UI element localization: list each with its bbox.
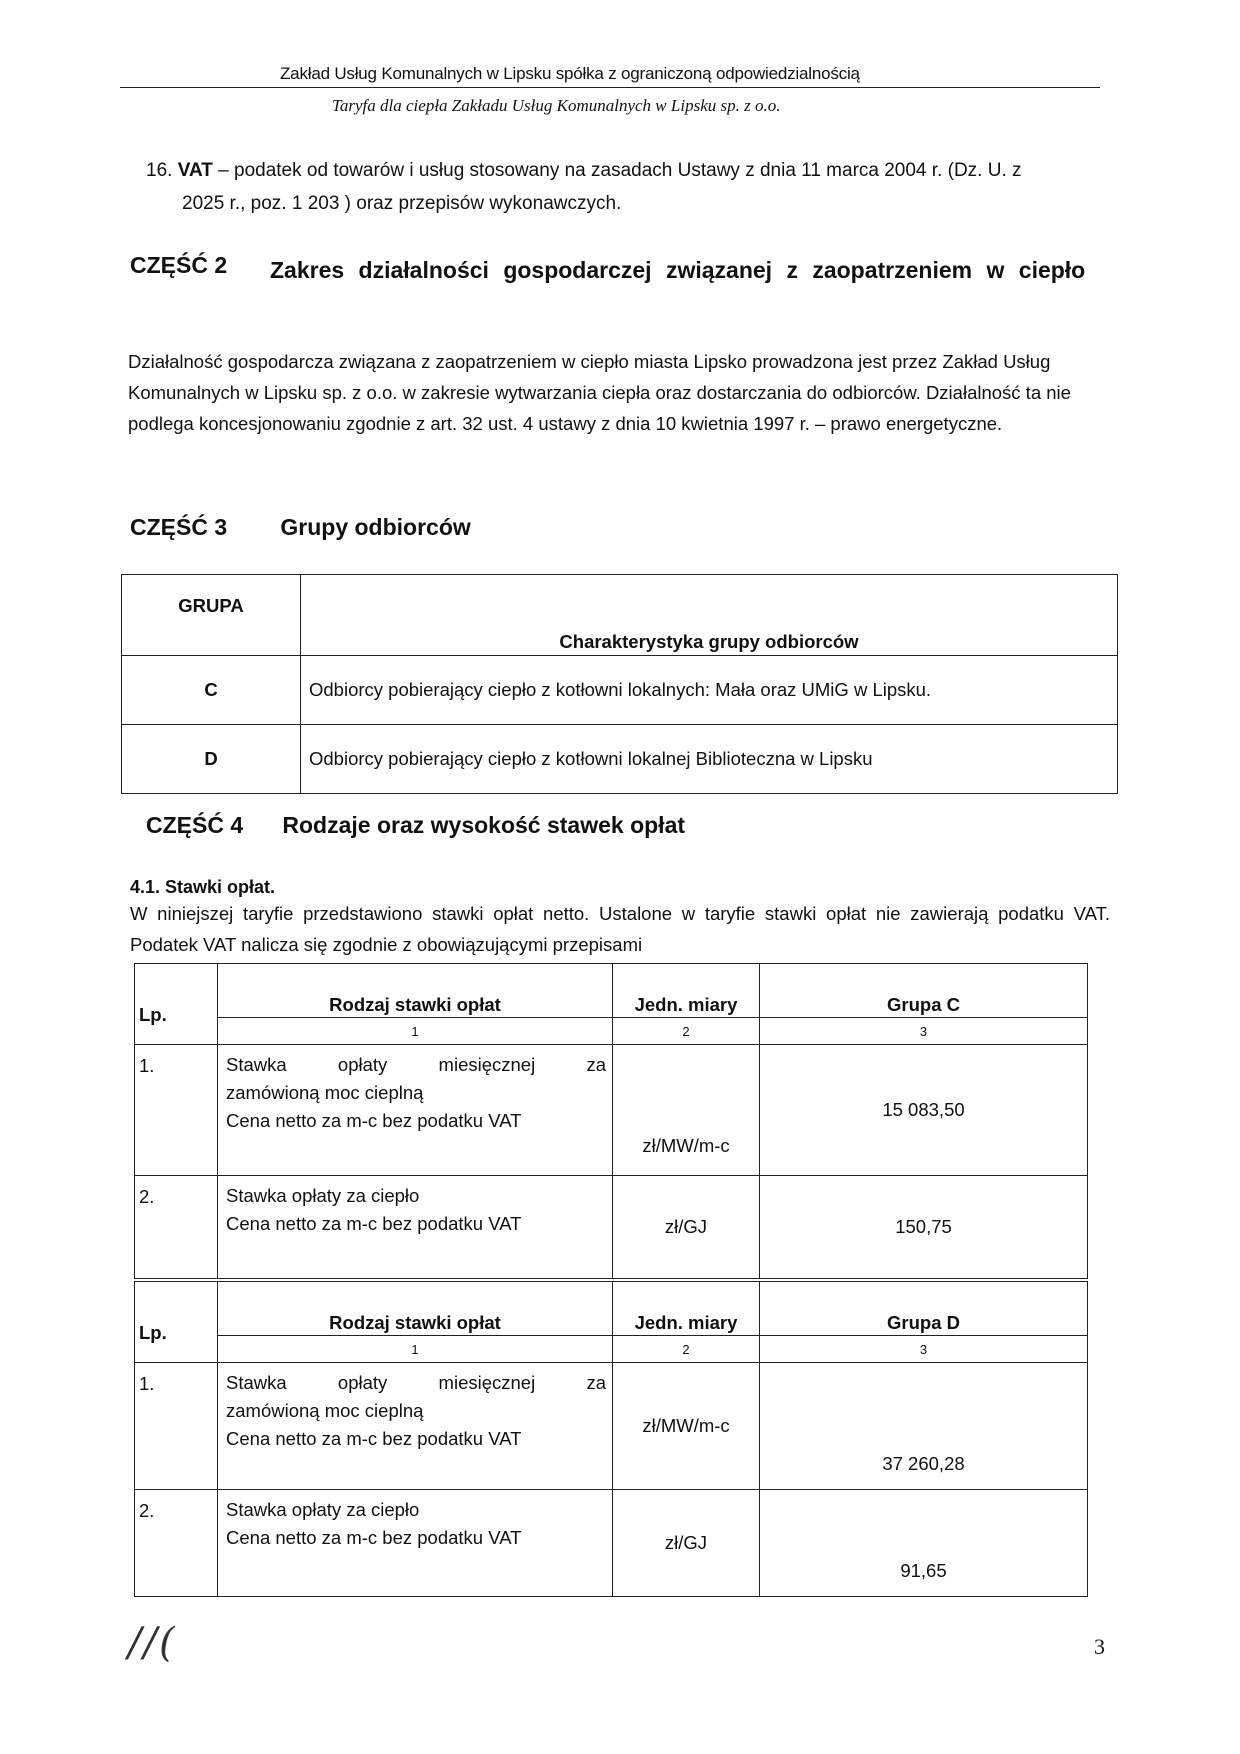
page-number: 3 — [1094, 1634, 1105, 1660]
document-page: Zakład Usług Komunalnych w Lipsku spółka… — [0, 0, 1240, 1754]
item-text-line2: 2025 r., poz. 1 203 ) oraz przepisów wyk… — [146, 187, 1136, 220]
section-2-heading: CZĘŚĆ 2 Zakres działalności gospodarczej… — [130, 252, 1120, 279]
column-header-rate-type: Rodzaj stawki opłat — [218, 1282, 613, 1336]
rate-description-line: Stawka opłaty miesięcznej za — [226, 1051, 606, 1079]
rate-description: Stawka opłaty za ciepło Cena netto za m-… — [218, 1490, 613, 1597]
rate-value: 15 083,50 — [760, 1045, 1088, 1176]
subsection-4-1-heading: 4.1. Stawki opłat. — [130, 877, 275, 898]
column-header-lp: Lp. — [135, 964, 218, 1045]
rate-unit: zł/MW/m-c — [613, 1045, 760, 1176]
table-row: D Odbiorcy pobierający ciepło z kotłowni… — [122, 725, 1118, 794]
column-number: 2 — [613, 1018, 760, 1045]
subsection-4-1-paragraph: W niniejszej taryfie przedstawiono stawk… — [130, 898, 1110, 960]
column-numbers-row: 1 2 3 — [135, 1018, 1088, 1045]
table-header-row: Lp. Rodzaj stawki opłat Jedn. miary Grup… — [135, 1282, 1088, 1336]
table-header-row: GRUPA Charakterystyka grupy odbiorców — [122, 575, 1118, 656]
rate-description: Stawka opłaty za ciepło Cena netto za m-… — [218, 1176, 613, 1279]
column-number: 3 — [760, 1018, 1088, 1045]
column-header-group: Grupa C — [760, 964, 1088, 1018]
column-header-rate-type: Rodzaj stawki opłat — [218, 964, 613, 1018]
rate-unit: zł/GJ — [613, 1176, 760, 1279]
column-header-group: GRUPA — [122, 575, 301, 656]
group-description: Odbiorcy pobierający ciepło z kotłowni l… — [301, 725, 1118, 794]
section-label: CZĘŚĆ 4 — [146, 812, 276, 839]
column-numbers-row: 1 2 3 — [135, 1336, 1088, 1363]
rate-description-line: zamówioną moc cieplną — [226, 1079, 606, 1107]
header-company-name: Zakład Usług Komunalnych w Lipsku spółka… — [280, 64, 940, 84]
header-subtitle: Taryfa dla ciepła Zakładu Usług Komunaln… — [332, 96, 780, 116]
definition-item-16: 16. VAT – podatek od towarów i usług sto… — [146, 154, 1136, 220]
item-keyword: VAT — [178, 160, 213, 181]
column-number: 3 — [760, 1336, 1088, 1363]
row-number: 2. — [135, 1176, 218, 1279]
rate-description-line: Stawka opłaty miesięcznej za — [226, 1369, 606, 1397]
handwritten-initials: //( — [128, 1620, 177, 1666]
rate-description-line: Cena netto za m-c bez podatku VAT — [226, 1524, 606, 1552]
rate-unit: zł/GJ — [613, 1490, 760, 1597]
rate-description-line: Cena netto za m-c bez podatku VAT — [226, 1210, 606, 1238]
rate-description-line: Cena netto za m-c bez podatku VAT — [226, 1107, 606, 1135]
column-header-lp: Lp. — [135, 1282, 218, 1363]
rate-value: 150,75 — [760, 1176, 1088, 1279]
rate-description: Stawka opłaty miesięcznej za zamówioną m… — [218, 1045, 613, 1176]
rate-description-line: zamówioną moc cieplną — [226, 1397, 606, 1425]
table-row: C Odbiorcy pobierający ciepło z kotłowni… — [122, 656, 1118, 725]
rate-description: Stawka opłaty miesięcznej za zamówioną m… — [218, 1363, 613, 1490]
column-header-characteristics: Charakterystyka grupy odbiorców — [301, 575, 1118, 656]
section-label: CZĘŚĆ 2 — [130, 252, 270, 279]
group-code: D — [122, 725, 301, 794]
group-code: C — [122, 656, 301, 725]
row-number: 1. — [135, 1363, 218, 1490]
section-title: Grupy odbiorców — [280, 514, 470, 540]
rate-value: 91,65 — [760, 1490, 1088, 1597]
rate-unit: zł/MW/m-c — [613, 1363, 760, 1490]
section-2-paragraph: Działalność gospodarcza związana z zaopa… — [128, 346, 1118, 439]
rates-table-group-c: Lp. Rodzaj stawki opłat Jedn. miary Grup… — [134, 963, 1088, 1279]
section-title: Zakres działalności gospodarczej związan… — [270, 252, 1110, 288]
section-3-heading: CZĘŚĆ 3 Grupy odbiorców — [130, 514, 471, 541]
row-number: 1. — [135, 1045, 218, 1176]
item-text-line1: – podatek od towarów i usług stosowany n… — [213, 160, 1022, 181]
rate-description-line: Cena netto za m-c bez podatku VAT — [226, 1425, 606, 1453]
column-header-unit: Jedn. miary — [613, 1282, 760, 1336]
table-row: 1. Stawka opłaty miesięcznej za zamówion… — [135, 1363, 1088, 1490]
table-row: 1. Stawka opłaty miesięcznej za zamówion… — [135, 1045, 1088, 1176]
column-number: 2 — [613, 1336, 760, 1363]
table-row: 2. Stawka opłaty za ciepło Cena netto za… — [135, 1176, 1088, 1279]
section-label: CZĘŚĆ 3 — [130, 514, 274, 541]
customer-groups-table: GRUPA Charakterystyka grupy odbiorców C … — [121, 574, 1118, 794]
column-number: 1 — [218, 1336, 613, 1363]
section-4-heading: CZĘŚĆ 4 Rodzaje oraz wysokość stawek opł… — [146, 812, 685, 839]
rate-description-line: Stawka opłaty za ciepło — [226, 1182, 606, 1210]
section-title: Rodzaje oraz wysokość stawek opłat — [282, 812, 685, 838]
column-header-unit: Jedn. miary — [613, 964, 760, 1018]
rate-description-line: Stawka opłaty za ciepło — [226, 1496, 606, 1524]
table-header-row: Lp. Rodzaj stawki opłat Jedn. miary Grup… — [135, 964, 1088, 1018]
row-number: 2. — [135, 1490, 218, 1597]
table-row: 2. Stawka opłaty za ciepło Cena netto za… — [135, 1490, 1088, 1597]
column-header-group: Grupa D — [760, 1282, 1088, 1336]
column-number: 1 — [218, 1018, 613, 1045]
rates-table-group-d: Lp. Rodzaj stawki opłat Jedn. miary Grup… — [134, 1281, 1088, 1597]
rate-value: 37 260,28 — [760, 1363, 1088, 1490]
group-description: Odbiorcy pobierający ciepło z kotłowni l… — [301, 656, 1118, 725]
header-divider — [120, 87, 1100, 88]
item-number: 16. — [146, 160, 172, 181]
